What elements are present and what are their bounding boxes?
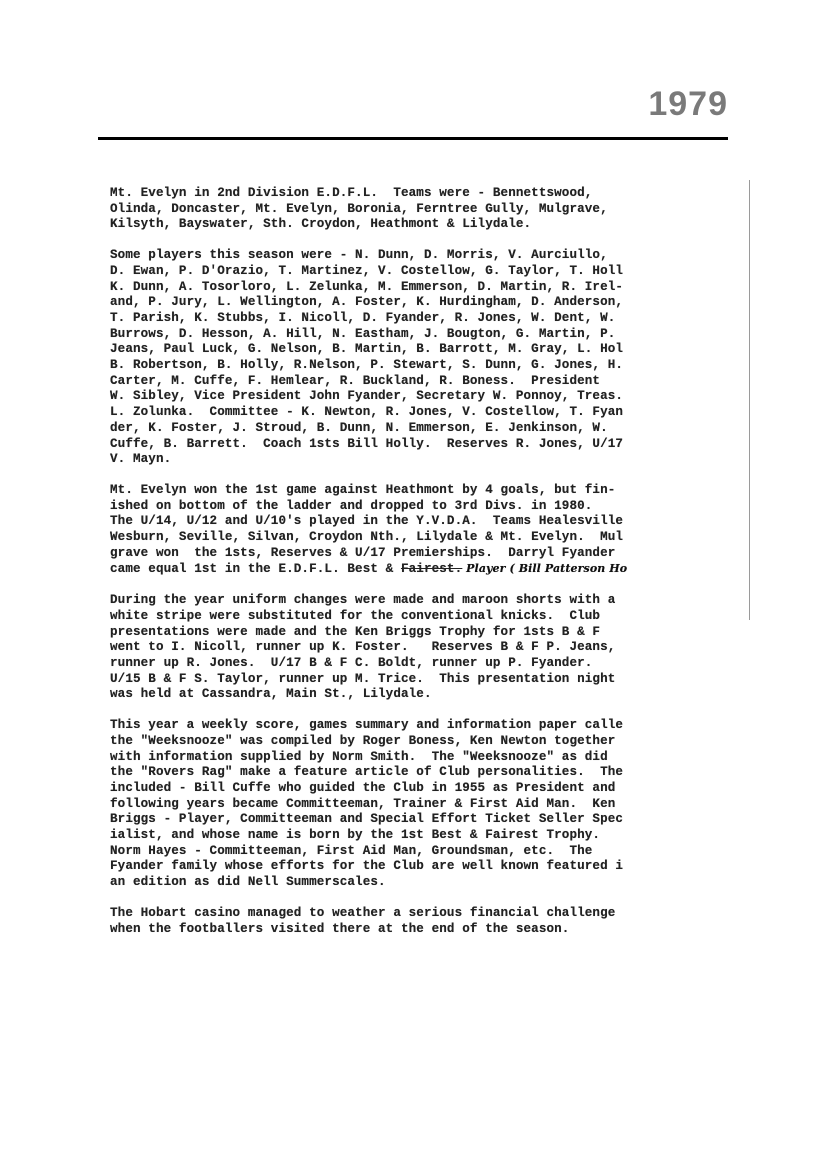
paragraph-weeksnooze: This year a weekly score, games summary …	[110, 718, 742, 891]
text-line: During the year uniform changes were mad…	[110, 593, 615, 607]
text-line: Fyander family whose efforts for the Clu…	[110, 859, 623, 873]
paragraph-season-results: Mt. Evelyn won the 1st game against Heat…	[110, 483, 742, 578]
text-line: runner up R. Jones. U/17 B & F C. Boldt,…	[110, 656, 592, 670]
text-line: Briggs - Player, Committeeman and Specia…	[110, 812, 623, 826]
struck-word: Fairest.	[401, 562, 462, 576]
text-line: went to I. Nicoll, runner up K. Foster. …	[110, 640, 615, 654]
text-line: der, K. Foster, J. Stroud, B. Dunn, N. E…	[110, 421, 608, 435]
text-line: Norm Hayes - Committeeman, First Aid Man…	[110, 844, 592, 858]
text-line: was held at Cassandra, Main St., Lilydal…	[110, 687, 432, 701]
text-line: This year a weekly score, games summary …	[110, 718, 623, 732]
paragraph-hobart: The Hobart casino managed to weather a s…	[110, 906, 742, 937]
text-line: The Hobart casino managed to weather a s…	[110, 906, 615, 920]
text-line: Olinda, Doncaster, Mt. Evelyn, Boronia, …	[110, 202, 608, 216]
text-line: W. Sibley, Vice President John Fyander, …	[110, 389, 623, 403]
text-line: Mt. Evelyn in 2nd Division E.D.F.L. Team…	[110, 186, 592, 200]
text-line: following years became Committeeman, Tra…	[110, 797, 615, 811]
text-line: grave won the 1sts, Reserves & U/17 Prem…	[110, 546, 615, 560]
header-rule	[98, 137, 728, 140]
text-line: an edition as did Nell Summerscales.	[110, 875, 386, 889]
text-line: with information supplied by Norm Smith.…	[110, 750, 608, 764]
text-line: the "Rovers Rag" make a feature article …	[110, 765, 623, 779]
text-line: K. Dunn, A. Tosorloro, L. Zelunka, M. Em…	[110, 280, 623, 294]
text-line: when the footballers visited there at th…	[110, 922, 569, 936]
text-line: Kilsyth, Bayswater, Sth. Croydon, Heathm…	[110, 217, 531, 231]
margin-line	[749, 180, 750, 620]
text-line: came equal 1st in the E.D.F.L. Best &	[110, 562, 401, 576]
paragraph-presentations: During the year uniform changes were mad…	[110, 593, 742, 703]
text-line: and, P. Jury, L. Wellington, A. Foster, …	[110, 295, 623, 309]
text-line: L. Zolunka. Committee - K. Newton, R. Jo…	[110, 405, 623, 419]
text-line: Cuffe, B. Barrett. Coach 1sts Bill Holly…	[110, 437, 623, 451]
text-line: Burrows, D. Hesson, A. Hill, N. Eastham,…	[110, 327, 615, 341]
text-line: included - Bill Cuffe who guided the Clu…	[110, 781, 615, 795]
text-line: T. Parish, K. Stubbs, I. Nicoll, D. Fyan…	[110, 311, 615, 325]
text-line: ialist, and whose name is born by the 1s…	[110, 828, 600, 842]
paragraph-players: Some players this season were - N. Dunn,…	[110, 248, 742, 468]
page-body: Mt. Evelyn in 2nd Division E.D.F.L. Team…	[110, 186, 742, 952]
text-line: ished on bottom of the ladder and droppe…	[110, 499, 592, 513]
text-line: Jeans, Paul Luck, G. Nelson, B. Martin, …	[110, 342, 623, 356]
text-line: The U/14, U/12 and U/10's played in the …	[110, 514, 623, 528]
text-line: Wesburn, Seville, Silvan, Croydon Nth., …	[110, 530, 623, 544]
text-line: presentations were made and the Ken Brig…	[110, 625, 600, 639]
text-line: Carter, M. Cuffe, F. Hemlear, R. Bucklan…	[110, 374, 600, 388]
text-line: the "Weeksnooze" was compiled by Roger B…	[110, 734, 615, 748]
text-line: white stripe were substituted for the co…	[110, 609, 600, 623]
text-line: D. Ewan, P. D'Orazio, T. Martinez, V. Co…	[110, 264, 623, 278]
text-line: B. Robertson, B. Holly, R.Nelson, P. Ste…	[110, 358, 623, 372]
text-line: V. Mayn.	[110, 452, 171, 466]
year-title: 1979	[600, 84, 728, 124]
text-line: Mt. Evelyn won the 1st game against Heat…	[110, 483, 615, 497]
text-line: Some players this season were - N. Dunn,…	[110, 248, 608, 262]
handwritten-note: Player ( Bill Patterson Ho	[462, 562, 627, 575]
paragraph-divisions: Mt. Evelyn in 2nd Division E.D.F.L. Team…	[110, 186, 742, 233]
text-line: U/15 B & F S. Taylor, runner up M. Trice…	[110, 672, 615, 686]
